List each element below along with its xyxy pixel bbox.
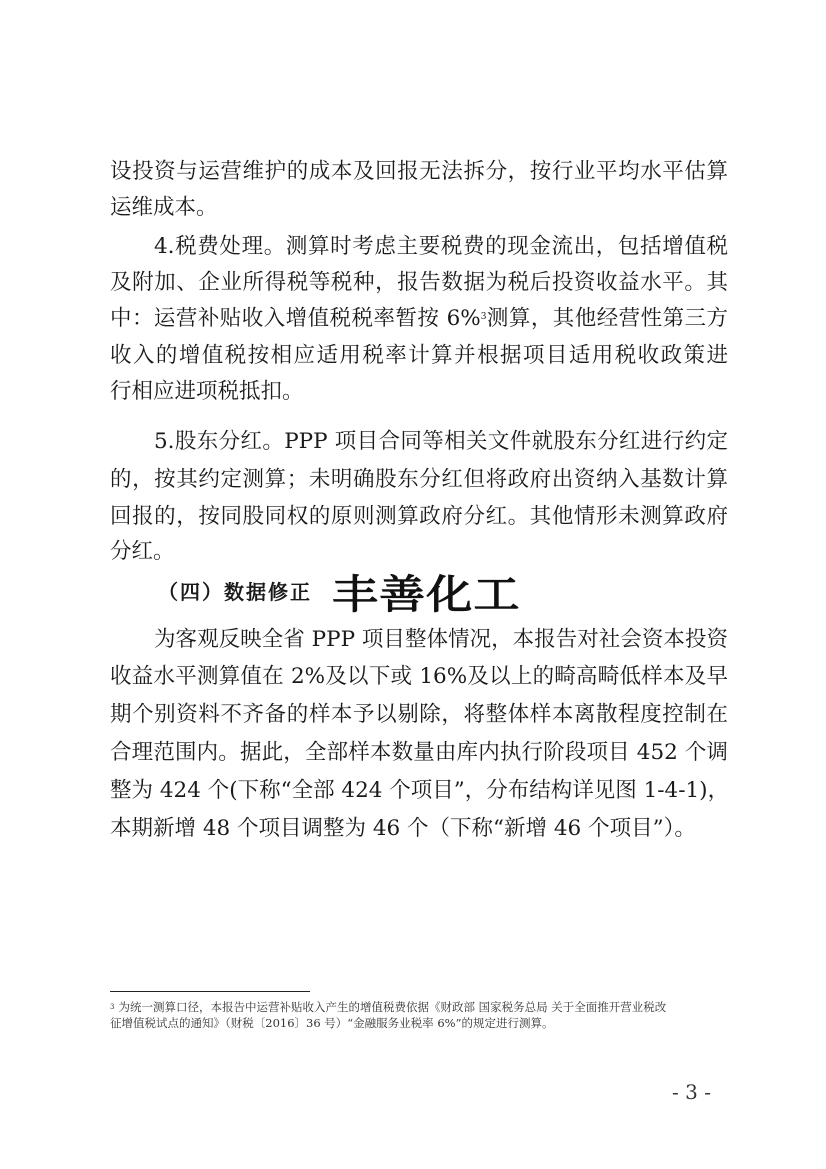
paragraph-dividends: 5.股东分红。PPP 项目合同等相关文件就股东分红进行约定 — [154, 430, 728, 454]
body-line: 本期新增 48 个项目调整为 46 个（下称“新增 46 个项目”）。 — [110, 817, 728, 841]
body-line: 中：运营补贴收入增值税税率暂按 6%3测算，其他经营性第三方 — [110, 307, 728, 331]
body-text: 中：运营补贴收入增值税税率暂按 6% — [110, 306, 481, 331]
watermark-logo: 丰善化工 — [332, 563, 521, 620]
body-line: 运维成本。 — [110, 196, 728, 220]
body-line: 行相应进项税抵扣。 — [110, 380, 728, 404]
footnote-text: 为统一测算口径，本报告中运营补贴收入产生的增值税费依据《财政部 国家税务总局 关… — [118, 1000, 666, 1014]
section-heading: （四）数据修正 — [158, 576, 312, 605]
body-line: 整为 424 个(下称“全部 424 个项目”，分布结构详见图 1-4-1)， — [110, 779, 728, 803]
body-line: 设投资与运营维护的成本及回报无法拆分，按行业平均水平估算 — [110, 160, 728, 184]
footnote-line: 3为统一测算口径，本报告中运营补贴收入产生的增值税费依据《财政部 国家税务总局 … — [110, 1000, 725, 1014]
body-line: 的，按其约定测算；未明确股东分红但将政府出资纳入基数计算 — [110, 468, 728, 492]
footnote-number: 3 — [110, 1003, 114, 1011]
document-page: 设投资与运营维护的成本及回报无法拆分，按行业平均水平估算 运维成本。 4.税费处… — [0, 0, 826, 1169]
body-line: 收益水平测算值在 2%及以下或 16%及以上的畸高畸低样本及早 — [110, 665, 728, 689]
paragraph-data-correction: 为客观反映全省 PPP 项目整体情况，本报告对社会资本投资 — [154, 628, 728, 652]
page-number: - 3 - — [672, 1080, 711, 1104]
body-text: 测算，其他经营性第三方 — [486, 306, 728, 331]
footnote-line: 征增值税试点的通知》（财税〔2016〕36 号）“金融服务业税率 6%”的规定进… — [110, 1016, 725, 1030]
body-line: 收入的增值税按相应适用税率计算并根据项目适用税收政策进 — [110, 344, 728, 368]
body-line: 合理范围内。据此，全部样本数量由库内执行阶段项目 452 个调 — [110, 741, 728, 765]
footnote-reference[interactable]: 3 — [481, 312, 487, 322]
body-line: 及附加、企业所得税等税种，报告数据为税后投资收益水平。其 — [110, 271, 728, 295]
body-line: 期个别资料不齐备的样本予以剔除，将整体样本离散程度控制在 — [110, 703, 728, 727]
body-line: 回报的，按同股同权的原则测算政府分红。其他情形未测算政府 — [110, 505, 728, 529]
body-line: 分红。 — [110, 540, 728, 564]
footnote-divider — [110, 991, 310, 992]
paragraph-tax-handling: 4.税费处理。测算时考虑主要税费的现金流出，包括增值税 — [154, 235, 728, 259]
